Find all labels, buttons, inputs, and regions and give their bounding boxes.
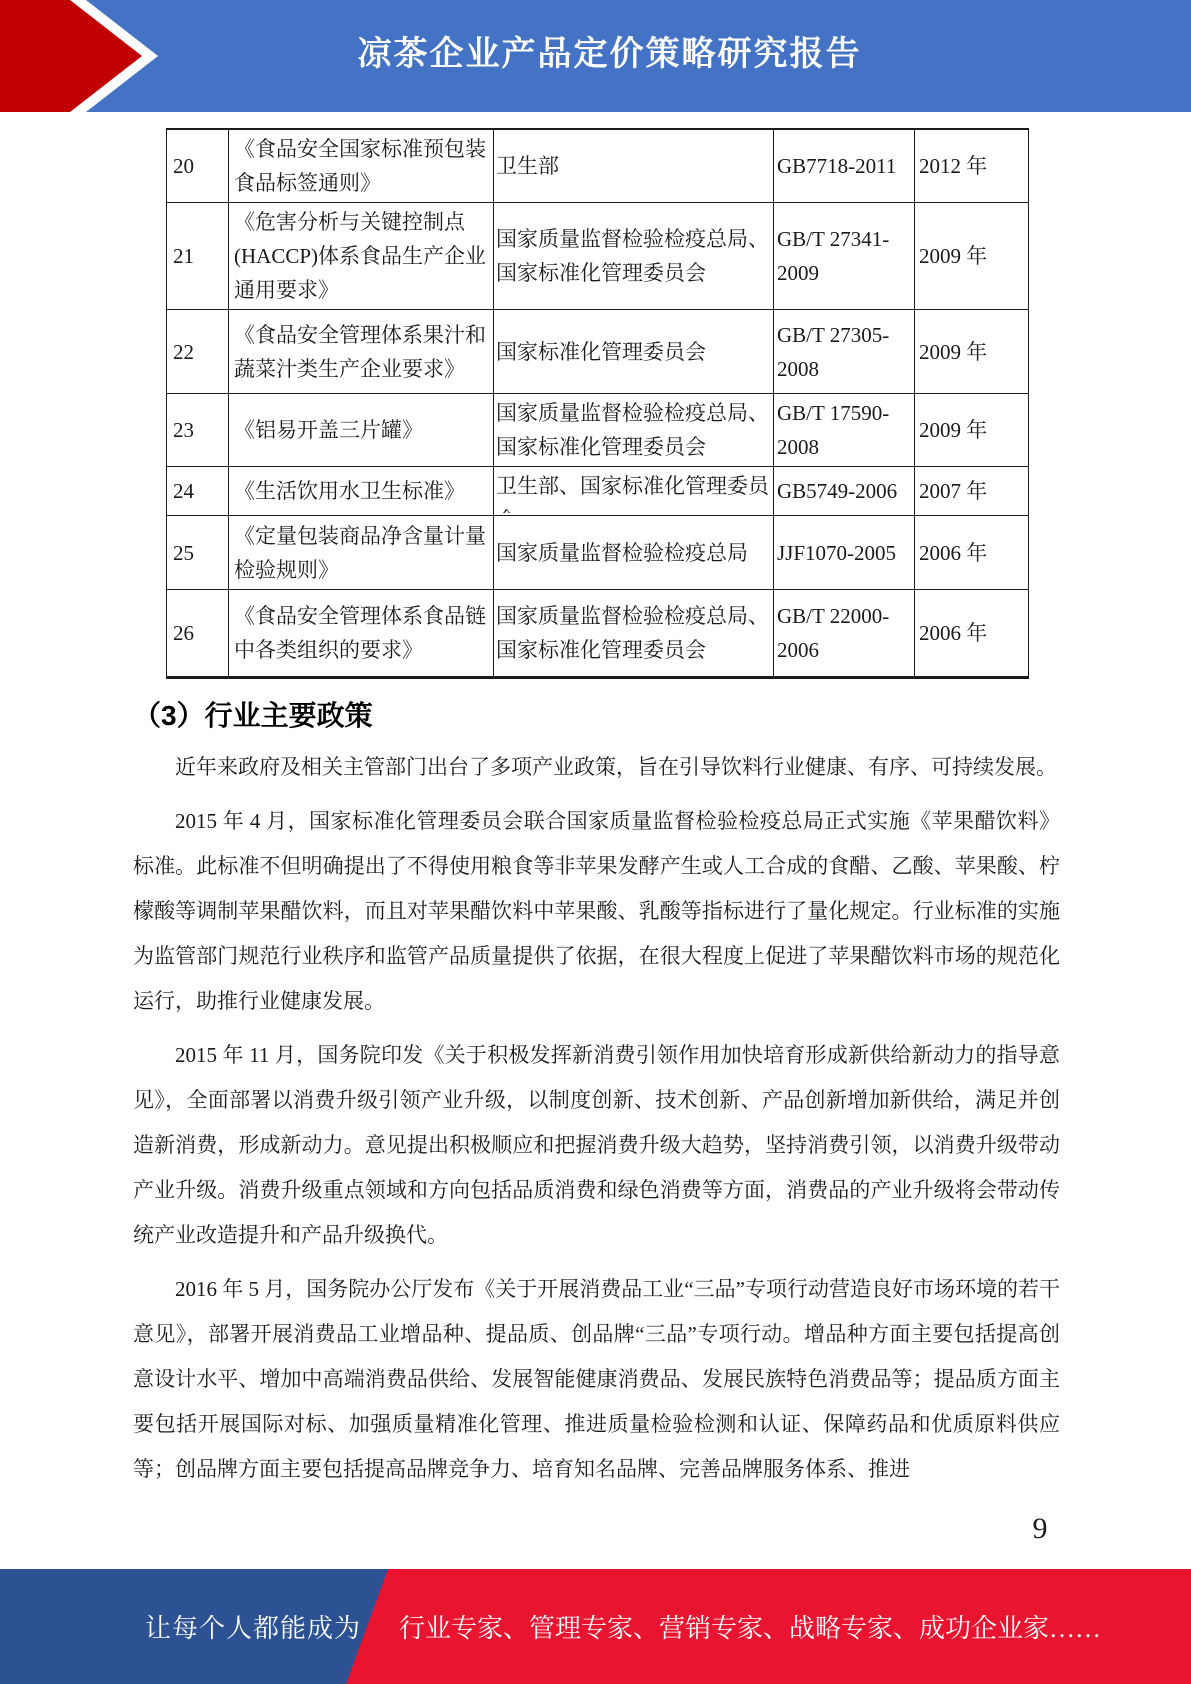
issuer-text-clipped: 卫生部、国家标准化管理委员会 [496, 469, 771, 513]
issuer-cell: 卫生部、国家标准化管理委员会 [494, 467, 774, 516]
paragraph: 近年来政府及相关主管部门出台了多项产业政策，旨在引导饮料行业健康、有序、可持续发… [133, 745, 1060, 790]
standard-no-cell: JJF1070-2005 [774, 516, 915, 590]
standard-no-cell: GB5749-2006 [774, 467, 915, 516]
standard-name-cell: 《食品安全管理体系果汁和蔬菜汁类生产企业要求》 [229, 310, 494, 394]
standard-no-cell: GB/T 27305-2008 [774, 310, 915, 394]
row-number-cell: 21 [167, 203, 229, 310]
table-row: 25 《定量包装商品净含量计量检验规则》 国家质量监督检验检疫总局 JJF107… [167, 516, 1029, 590]
issuer-cell: 国家质量监督检验检疫总局、国家标准化管理委员会 [494, 590, 774, 678]
standard-no-cell: GB/T 22000-2006 [774, 590, 915, 678]
document-page: 凉茶企业产品定价策略研究报告 20 《食品安全国家标准预包装食品标签通则》 卫生… [0, 0, 1191, 1684]
footer-slogan-left: 让每个人都能成为 [145, 1569, 361, 1684]
row-number-cell: 26 [167, 590, 229, 678]
standard-no-cell: GB/T 27341-2009 [774, 203, 915, 310]
paragraph: 2015 年 4 月，国家标准化管理委员会联合国家质量监督检验检疫总局正式实施《… [133, 799, 1060, 1024]
footer-banner: 让每个人都能成为 行业专家、管理专家、营销专家、战略专家、成功企业家…… [0, 1569, 1191, 1684]
table-row: 20 《食品安全国家标准预包装食品标签通则》 卫生部 GB7718-2011 2… [167, 129, 1029, 203]
table-row: 26 《食品安全管理体系食品链中各类组织的要求》 国家质量监督检验检疫总局、国家… [167, 590, 1029, 678]
standard-name-cell: 《食品安全国家标准预包装食品标签通则》 [229, 129, 494, 203]
standard-no-cell: GB7718-2011 [774, 129, 915, 203]
year-cell: 2009 年 [915, 310, 1029, 394]
standard-name-cell: 《铝易开盖三片罐》 [229, 394, 494, 467]
standard-no-cell: GB/T 17590-2008 [774, 394, 915, 467]
standard-name-cell: 《生活饮用水卫生标准》 [229, 467, 494, 516]
header-banner: 凉茶企业产品定价策略研究报告 [0, 0, 1191, 112]
table-row: 21 《危害分析与关键控制点(HACCP)体系食品生产企业通用要求》 国家质量监… [167, 203, 1029, 310]
issuer-cell: 卫生部 [494, 129, 774, 203]
table-row: 24 《生活饮用水卫生标准》 卫生部、国家标准化管理委员会 GB5749-200… [167, 467, 1029, 516]
year-cell: 2007 年 [915, 467, 1029, 516]
section-heading: （3）行业主要政策 [133, 694, 373, 734]
year-cell: 2009 年 [915, 394, 1029, 467]
year-cell: 2009 年 [915, 203, 1029, 310]
row-number-cell: 25 [167, 516, 229, 590]
table-row: 23 《铝易开盖三片罐》 国家质量监督检验检疫总局、国家标准化管理委员会 GB/… [167, 394, 1029, 467]
body-text: 近年来政府及相关主管部门出台了多项产业政策，旨在引导饮料行业健康、有序、可持续发… [133, 745, 1060, 1501]
row-number-cell: 24 [167, 467, 229, 516]
issuer-cell: 国家标准化管理委员会 [494, 310, 774, 394]
year-cell: 2006 年 [915, 516, 1029, 590]
issuer-cell: 国家质量监督检验检疫总局、国家标准化管理委员会 [494, 394, 774, 467]
report-title: 凉茶企业产品定价策略研究报告 [14, 0, 1191, 100]
page-number: 9 [1018, 1512, 1062, 1546]
year-cell: 2006 年 [915, 590, 1029, 678]
issuer-cell: 国家质量监督检验检疫总局、国家标准化管理委员会 [494, 203, 774, 310]
table-row: 22 《食品安全管理体系果汁和蔬菜汁类生产企业要求》 国家标准化管理委员会 GB… [167, 310, 1029, 394]
standard-name-cell: 《危害分析与关键控制点(HACCP)体系食品生产企业通用要求》 [229, 203, 494, 310]
standard-name-cell: 《食品安全管理体系食品链中各类组织的要求》 [229, 590, 494, 678]
paragraph: 2015 年 11 月，国务院印发《关于积极发挥新消费引领作用加快培育形成新供给… [133, 1033, 1060, 1258]
standards-table: 20 《食品安全国家标准预包装食品标签通则》 卫生部 GB7718-2011 2… [166, 128, 1029, 679]
row-number-cell: 23 [167, 394, 229, 467]
row-number-cell: 22 [167, 310, 229, 394]
standard-name-cell: 《定量包装商品净含量计量检验规则》 [229, 516, 494, 590]
year-cell: 2012 年 [915, 129, 1029, 203]
paragraph: 2016 年 5 月，国务院办公厅发布《关于开展消费品工业“三品”专项行动营造良… [133, 1267, 1060, 1492]
row-number-cell: 20 [167, 129, 229, 203]
issuer-cell: 国家质量监督检验检疫总局 [494, 516, 774, 590]
footer-slogan-right: 行业专家、管理专家、营销专家、战略专家、成功企业家…… [399, 1569, 1101, 1684]
